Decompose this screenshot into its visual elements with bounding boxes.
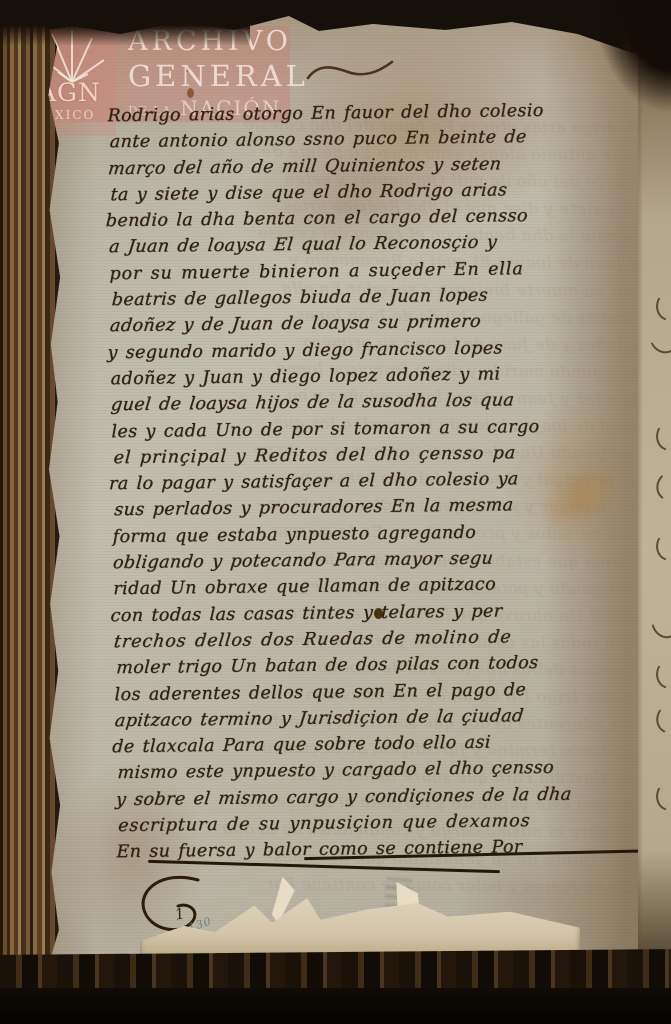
watermark-line-2: GENERAL: [128, 59, 309, 93]
partial-ink-stroke: [651, 298, 671, 321]
handwritten-text: Rodrigo arias otorgo En fauor del dho co…: [107, 97, 644, 866]
manuscript-page: AGN MÉXICO ARCHIVO GENERAL DE LA NACIÓN …: [36, 0, 638, 1002]
partial-ink-stroke: [650, 475, 671, 499]
gutter-corner-shadow: [581, 0, 671, 130]
partial-ink-stroke: [651, 788, 671, 811]
tattered-page-edges: [0, 18, 62, 978]
top-tilde-flourish: [304, 56, 396, 88]
partial-ink-stroke: [652, 620, 671, 642]
partial-ink-stroke: [651, 538, 671, 561]
partial-ink-stroke: [651, 335, 671, 359]
partial-ink-stroke: [651, 666, 671, 689]
background-shadow: [0, 0, 250, 46]
partial-ink-stroke: [651, 428, 671, 451]
background-shadow: [0, 988, 671, 1024]
manuscript-photo: AGN MÉXICO ARCHIVO GENERAL DE LA NACIÓN …: [0, 0, 671, 1024]
partial-ink-stroke: [651, 709, 671, 733]
